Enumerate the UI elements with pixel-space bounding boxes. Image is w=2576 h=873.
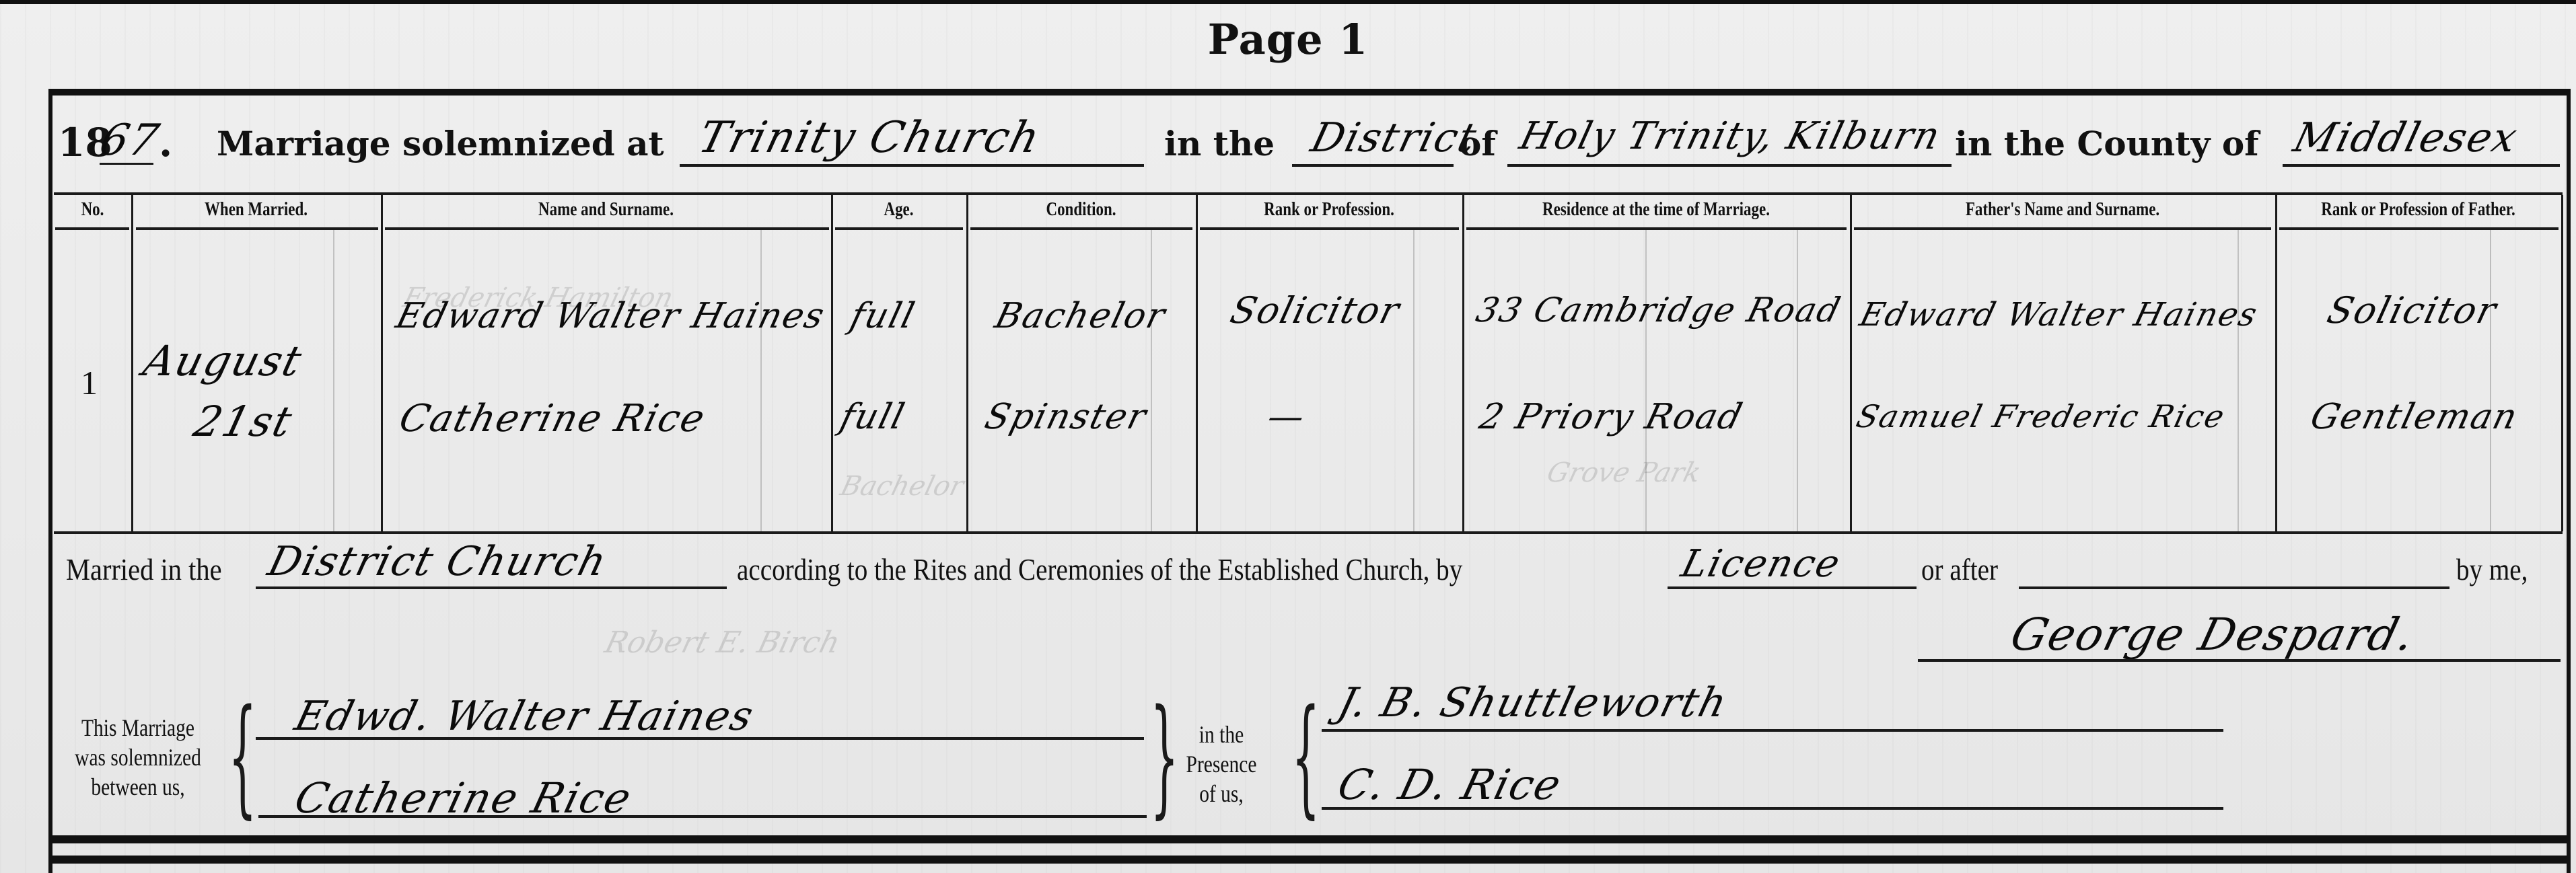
column-header-residence: Residence at the time of Marriage. — [1497, 199, 1815, 221]
when-married-day: 21st — [189, 397, 298, 446]
column-header-when-married: When Married. — [153, 199, 358, 221]
column-divider — [831, 195, 833, 531]
bleed-through-text: Robert E. Birch — [602, 625, 844, 660]
column-divider — [131, 195, 133, 531]
witness1-signature-line — [1322, 729, 2223, 732]
right-brace: { — [1291, 693, 1320, 821]
when-married-month: August — [139, 336, 308, 385]
column-header-no: No. — [61, 199, 124, 221]
label-in-presence: in the Presence of us, — [1180, 720, 1263, 808]
witness1-signature: J. B. Shuttleworth — [1333, 679, 1732, 726]
column-header-father-name: Father's Name and Surname. — [1888, 199, 2237, 221]
district-type-underline — [1292, 164, 1454, 167]
header-underline — [55, 227, 129, 230]
column-divider — [1462, 195, 1464, 531]
column-header-condition: Condition. — [987, 199, 1176, 221]
left-brace: { — [228, 693, 256, 821]
top-border — [48, 89, 2567, 96]
year-period: . — [159, 120, 172, 165]
ceremony-place: District Church — [263, 538, 612, 585]
column-guide — [2238, 229, 2239, 531]
column-divider — [2275, 195, 2277, 531]
district-name: Holy Trinity, Kilburn — [1515, 114, 1945, 158]
column-divider — [966, 195, 968, 531]
column-guide — [1645, 229, 1647, 531]
column-guide — [760, 229, 762, 531]
label-line: between us, — [75, 772, 202, 802]
label-or-after: or after — [1921, 552, 1998, 587]
table-top-rule — [54, 192, 2563, 195]
bottom-border-second — [48, 856, 2567, 864]
column-header-father-rank: Rank or Profession of Father. — [2301, 199, 2536, 221]
groom-signature: Edwd. Walter Haines — [290, 693, 759, 740]
column-guide — [1797, 229, 1798, 531]
column-guide — [1151, 229, 1152, 531]
middle-brace: } — [1150, 693, 1178, 821]
county-underline — [2283, 164, 2560, 167]
label-in-the-county-of: in the County of — [1955, 124, 2259, 163]
header-underline — [1854, 227, 2271, 230]
after-underline — [2019, 586, 2449, 589]
label-line: This Marriage — [75, 713, 202, 743]
label-married-in-the: Married in the — [66, 552, 222, 587]
label-line: Presence — [1180, 749, 1263, 779]
bride-condition: Spinster — [981, 397, 1151, 437]
label-solemnized-at: Marriage solemnized at — [217, 124, 664, 163]
witness2-signature-line — [1322, 807, 2223, 810]
church-underline — [680, 164, 1144, 167]
groom-signature-line — [256, 737, 1144, 740]
header-underline — [835, 227, 963, 230]
bleed-through-text: Bachelor — [837, 471, 967, 502]
groom-age: full — [847, 296, 920, 336]
page-top-edge — [0, 0, 2576, 4]
place-underline — [256, 586, 727, 589]
column-header-name: Name and Surname. — [421, 199, 791, 221]
bride-father-rank: Gentleman — [2307, 397, 2523, 437]
header-underline — [2279, 227, 2559, 230]
bride-name: Catherine Rice — [395, 397, 710, 441]
bottom-border — [48, 835, 2567, 843]
officiant-signature: George Despard. — [2005, 609, 2421, 660]
groom-condition: Bachelor — [991, 296, 1170, 336]
bride-age: full — [836, 397, 910, 437]
header-underline — [1466, 227, 1847, 230]
column-header-rank: Rank or Profession. — [1220, 199, 1439, 221]
ceremony-by: Licence — [1677, 542, 1845, 586]
label-by-me: by me, — [2456, 552, 2528, 587]
by-underline — [1668, 586, 1917, 589]
column-divider — [1850, 195, 1852, 531]
groom-residence: 33 Cambridge Road — [1472, 291, 1845, 330]
district-name-underline — [1507, 164, 1952, 167]
bride-residence: 2 Priory Road — [1476, 397, 1748, 437]
column-guide — [333, 229, 334, 531]
column-guide — [2490, 229, 2491, 531]
groom-name: Edward Walter Haines — [392, 296, 830, 336]
label-line: in the — [1180, 720, 1263, 749]
witness2-signature: C. D. Rice — [1333, 760, 1567, 809]
column-header-age: Age. — [843, 199, 954, 221]
year-underline — [100, 163, 153, 165]
label-of: of — [1459, 124, 1496, 163]
officiant-signature-line — [1918, 659, 2561, 662]
district-type: District — [1306, 114, 1482, 161]
church-name: Trinity Church — [694, 113, 1046, 163]
column-divider — [381, 195, 383, 531]
label-according-to-rites: according to the Rites and Ceremonies of… — [737, 552, 1462, 587]
entry-number: 1 — [81, 363, 98, 402]
bleed-through-text: Grove Park — [1544, 457, 1704, 488]
column-divider — [2561, 195, 2563, 531]
bride-signature-line — [258, 815, 1147, 818]
groom-father-rank: Solicitor — [2323, 289, 2501, 332]
county-name: Middlesex — [2289, 114, 2523, 161]
groom-father-name: Edward Walter Haines — [1856, 296, 2262, 334]
label-line: of us, — [1180, 779, 1263, 808]
bride-father-name: Samuel Frederic Rice — [1853, 398, 2229, 434]
header-underline — [385, 227, 829, 230]
label-in-the: in the — [1164, 124, 1275, 163]
column-divider — [1196, 195, 1198, 531]
header-underline — [136, 227, 378, 230]
label-solemnized-between: This Marriage was solemnized between us, — [75, 713, 202, 802]
header-underline — [970, 227, 1192, 230]
page-title: Page 1 — [0, 15, 2576, 64]
table-bottom-rule — [54, 531, 2563, 534]
column-guide — [1413, 229, 1415, 531]
label-line: was solemnized — [75, 743, 202, 772]
groom-rank: Solicitor — [1226, 289, 1404, 332]
register-page: Page 1 Frederick Hamilton Bachelor Grove… — [0, 0, 2576, 873]
header-underline — [1200, 227, 1459, 230]
